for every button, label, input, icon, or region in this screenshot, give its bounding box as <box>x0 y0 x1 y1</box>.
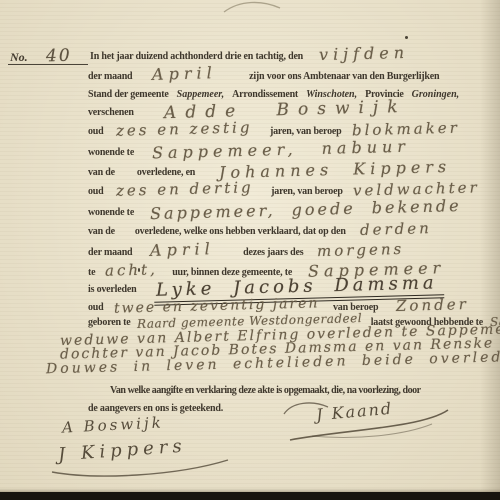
line-month: der maand April zijn voor ons Ambtenaar … <box>88 64 439 84</box>
printed-deceased-and-label: overledene, en <box>137 167 195 178</box>
line-parents-2: Douwes in leven echtelieden beide overle… <box>46 354 500 372</box>
line-year: In het jaar duizend achthonderd drie en … <box>90 44 409 64</box>
hand-day: vijfden <box>319 43 410 64</box>
hand-death-month: April <box>150 239 215 260</box>
ink-speck <box>405 36 408 39</box>
printed-is-deceased-label: is overleden <box>88 284 136 295</box>
line-declarant2-residence: wonende te Sappemeer, goede bekende <box>88 200 462 220</box>
printed-profession-label2: jaren, van beroep <box>271 186 343 197</box>
line-declarant1-residence: wonende te Sappemeer, nabuur <box>88 140 410 160</box>
line-declarant1: verschenen Adde Boswijk <box>88 100 406 120</box>
printed-closing-text-1: Van welke aangifte en verklaring deze ak… <box>110 385 421 396</box>
hand-month: April <box>152 63 217 84</box>
line-declaration: van de overledene, welke ons hebben verk… <box>88 220 432 239</box>
printed-year-text: In het jaar duizend achthonderd drie en … <box>90 51 303 62</box>
printed-residence-label2: wonende te <box>88 207 134 218</box>
hand-declarant2-name: Johannes Kippers <box>219 157 452 182</box>
printed-closing-text-2: de aangevers en ons is geteekend. <box>88 403 223 414</box>
signature-declarant2-flourish <box>48 448 233 480</box>
signature-declarant1: A Boswijk <box>62 413 165 436</box>
record-number-label: No. <box>10 50 28 64</box>
printed-of-the-label: van de <box>88 167 115 178</box>
signature-official-flourish <box>282 396 452 444</box>
printed-age-label: oud <box>88 126 104 137</box>
record-number-underline <box>8 64 88 65</box>
printed-residence-label: wonende te <box>88 147 134 158</box>
printed-gemeente-name: Sappemeer, <box>177 89 225 100</box>
printed-this-year-text: dezes jaars des <box>243 247 303 258</box>
printed-gemeente-label: Stand der gemeente <box>88 89 169 100</box>
death-certificate-page: No. 40 In het jaar duizend achthonderd d… <box>0 0 500 500</box>
line-declarant2: van de overledene, en Johannes Kippers <box>88 160 451 180</box>
hand-declarant2-age: zes en dertig <box>115 178 253 200</box>
printed-age-label2: oud <box>88 186 104 197</box>
printed-province-name: Groningen, <box>412 89 460 100</box>
printed-month-label: der maand <box>88 71 132 82</box>
printed-official-text: zijn voor ons Ambtenaar van den Burgerli… <box>249 71 439 82</box>
printed-of-the-label2: van de <box>88 226 115 237</box>
printed-arrondissement-label: Arrondissement <box>232 89 298 100</box>
printed-appeared-label: verschenen <box>88 107 134 118</box>
ink-speck <box>138 268 140 272</box>
line-death-month: der maand April dezes jaars des morgens <box>88 240 405 260</box>
hand-death-day: derden <box>359 219 431 239</box>
top-ink-flourish <box>222 0 282 14</box>
printed-month-label2: der maand <box>88 247 132 258</box>
scan-bottom-edge <box>0 492 500 500</box>
hand-declarant1-age: zes en zestig <box>115 118 252 140</box>
printed-profession-label: jaren, van beroep <box>270 126 342 137</box>
hand-time-of-day: morgens <box>317 240 405 260</box>
record-number: No. 40 <box>10 46 71 66</box>
printed-declared-text: overledene, welke ons hebben verklaard, … <box>135 226 346 237</box>
